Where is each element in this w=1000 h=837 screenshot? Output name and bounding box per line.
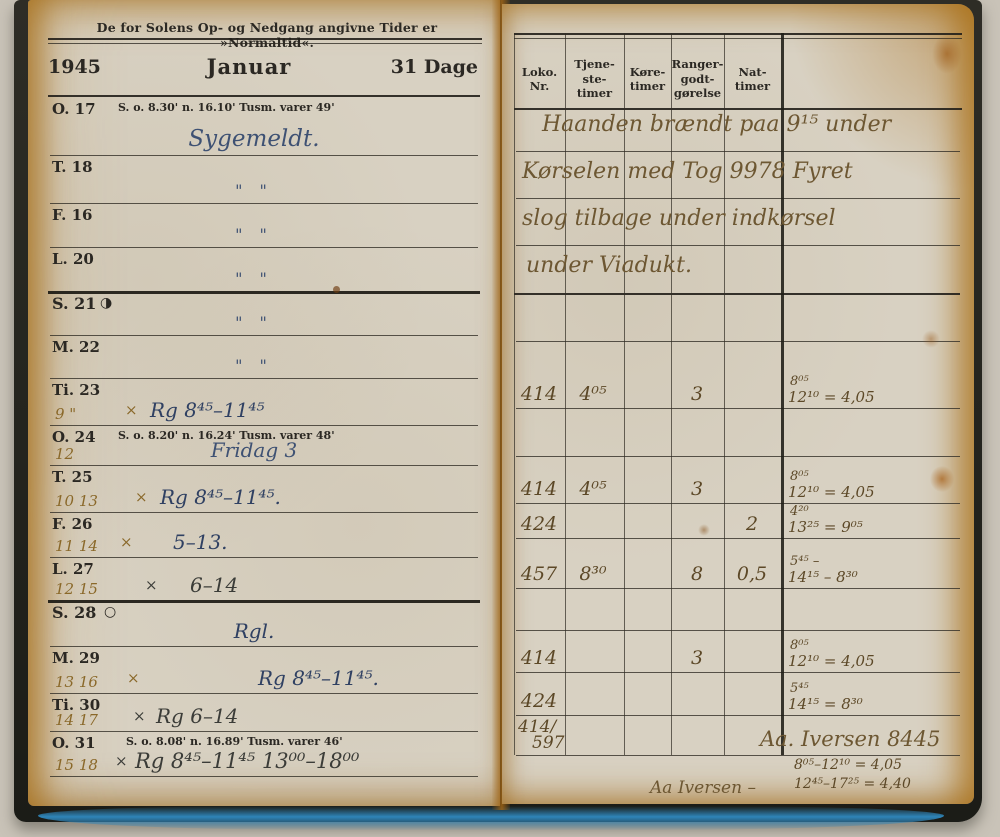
handwritten-entry: 5–13. <box>173 530 228 554</box>
stain-spot <box>930 466 954 492</box>
calendar-row: T. 18 " " <box>28 155 500 203</box>
rangergodtgorelse-cell: 8 <box>670 563 724 585</box>
tjenestetimer-cell: 4⁰⁵ <box>564 478 622 500</box>
ruled-line <box>516 755 960 756</box>
memo-start-time: 5⁴⁵ <box>790 682 964 695</box>
margin-numbers: 11 14 <box>55 537 98 555</box>
margin-numbers: 9 " <box>55 405 76 423</box>
loko-nr-cell: 457 <box>514 563 564 585</box>
day-label: O. 17 <box>52 100 96 118</box>
normaltid-note: De for Solens Op- og Nedgang angivne Tid… <box>48 20 486 50</box>
memo-cell: 5⁴⁵ –14¹⁵ – 8³⁰ <box>788 555 964 586</box>
footer-calculation-1: 8⁰⁵–12¹⁰ = 4,05 <box>794 757 902 773</box>
photo-background: De for Solens Op- og Nedgang angivne Tid… <box>0 0 1000 837</box>
column-header-nattimer: Nat- timer <box>724 48 781 110</box>
days-count-label: 31 Dage <box>391 56 478 78</box>
moon-phase-icon: ◑ <box>100 295 112 311</box>
cross-mark: × <box>133 707 146 725</box>
memo-cell: 8⁰⁵12¹⁰ = 4,05 <box>788 639 964 670</box>
cross-mark: × <box>120 533 133 551</box>
nattimer-cell: 2 <box>724 513 780 535</box>
day-label: O. 31 <box>52 734 96 752</box>
memo-start-time: 5⁴⁵ – <box>790 555 964 568</box>
handwritten-entry: Rg 8⁴⁵–11⁴⁵. <box>258 666 379 690</box>
calendar-row: F. 16 " " <box>28 203 500 247</box>
table-row: 414 3 8⁰⁵12¹⁰ = 4,05 <box>502 630 974 672</box>
left-page: De for Solens Op- og Nedgang angivne Tid… <box>28 0 500 806</box>
book-bottom-blue-edge <box>38 806 944 830</box>
calendar-row: O. 17 S. o. 8.30' n. 16.10' Tusm. varer … <box>28 97 500 155</box>
handwritten-entry: Rgl. <box>68 619 440 643</box>
tjenestetimer-cell: 4⁰⁵ <box>564 383 622 405</box>
day-label: T. 25 <box>52 468 93 486</box>
sun-times: S. o. 8.08' n. 16.89' Tusm. varer 46' <box>126 735 343 748</box>
memo-calculation: 14¹⁵ = 8³⁰ <box>788 695 964 713</box>
day-label: F. 16 <box>52 206 92 224</box>
memo-start-time: 8⁰⁵ <box>790 375 964 388</box>
calendar-row: F. 26 11 14 × 5–13. <box>28 512 500 557</box>
column-header-rangergodtgorelse: Ranger- godt- gørelse <box>671 48 724 110</box>
margin-numbers: 14 17 <box>55 711 98 729</box>
memo-calculation: 12¹⁰ = 4,05 <box>788 652 964 670</box>
cross-mark: × <box>135 488 148 506</box>
day-label: S. 21 <box>52 294 96 313</box>
rangergodtgorelse-cell: 3 <box>670 647 724 669</box>
ruled-line <box>514 38 962 39</box>
ditto-mark: " " <box>68 225 440 244</box>
calendar-row-sunday: S. 21 ◑ " " <box>28 291 500 335</box>
calendar-row: T. 25 10 13 × Rg 8⁴⁵–11⁴⁵. <box>28 465 500 512</box>
memo-cell: 5⁴⁵14¹⁵ = 8³⁰ <box>788 682 964 713</box>
memo-calculation: 13²⁵ = 9⁰⁵ <box>788 518 964 536</box>
margin-numbers: 13 16 <box>55 673 98 691</box>
calendar-row-sunday: S. 28 ○ Rgl. <box>28 600 500 646</box>
stain-spot <box>932 34 962 74</box>
ruled-line <box>516 408 960 409</box>
ruled-line <box>516 588 960 589</box>
margin-numbers: 15 18 <box>55 756 98 774</box>
margin-numbers: 12 15 <box>55 580 98 598</box>
calendar-row: Ti. 23 9 " × Rg 8⁴⁵–11⁴⁵ <box>28 378 500 425</box>
note-line: under Viadukt. <box>526 253 692 295</box>
handwritten-entry: Rg 8⁴⁵–11⁴⁵ <box>150 398 264 422</box>
memo-cell: 4²⁰13²⁵ = 9⁰⁵ <box>788 505 964 536</box>
day-label: Ti. 23 <box>52 381 100 399</box>
handwritten-entry: Rg 8⁴⁵–11⁴⁵. <box>160 485 281 509</box>
loko-nr-cell: 424 <box>514 513 564 535</box>
day-label: L. 27 <box>52 560 94 578</box>
memo-start-time: 4²⁰ <box>790 505 964 518</box>
moon-phase-icon: ○ <box>104 604 116 620</box>
signature-total: Aa. Iversen 8445 <box>760 727 941 751</box>
handwritten-entry: Fridag 3 <box>68 438 440 462</box>
calendar-row: O. 31 S. o. 8.08' n. 16.89' Tusm. varer … <box>28 731 500 776</box>
cross-mark: × <box>125 401 138 419</box>
rangergodtgorelse-cell: 3 <box>670 478 724 500</box>
ditto-mark: " " <box>68 313 440 332</box>
stain-spot <box>698 524 710 536</box>
footer-calculation-2: 12⁴⁵–17²⁵ = 4,40 <box>794 776 911 792</box>
table-row: 414 4⁰⁵ 3 8⁰⁵12¹⁰ = 4,05 <box>502 456 974 503</box>
calendar-row: M. 29 13 16 × Rg 8⁴⁵–11⁴⁵. <box>28 646 500 693</box>
cross-mark: × <box>127 669 140 687</box>
day-label: T. 18 <box>52 158 93 176</box>
handwritten-entry: Rg 6–14 <box>156 704 238 728</box>
note-line: Kørselen med Tog 9978 Fyret <box>522 159 853 201</box>
day-label: F. 26 <box>52 515 92 533</box>
handwritten-entry: Rg 8⁴⁵–11⁴⁵ 13⁰⁰–18⁰⁰ <box>135 749 359 773</box>
stain-spot <box>333 286 340 293</box>
ruled-line <box>50 776 478 777</box>
loko-nr-cell: 414 <box>514 478 564 500</box>
handwritten-entry: Sygemeldt. <box>68 126 440 152</box>
loko-nr-cell: 414 <box>514 647 564 669</box>
memo-calculation: 12¹⁰ = 4,05 <box>788 388 964 406</box>
handwritten-entry: 6–14 <box>190 573 238 597</box>
memo-start-time: 8⁰⁵ <box>790 639 964 652</box>
ditto-mark: " " <box>68 269 440 288</box>
note-line: Haanden brændt paa 9¹⁵ under <box>542 112 891 154</box>
day-label: M. 29 <box>52 649 100 667</box>
ditto-mark: " " <box>68 356 440 375</box>
table-row: 414/ 597 Aa. Iversen 8445 <box>502 715 974 755</box>
rangergodtgorelse-cell: 3 <box>670 383 724 405</box>
calendar-row: Ti. 30 14 17 × Rg 6–14 <box>28 693 500 731</box>
loko-nr-fraction-bottom: 597 <box>532 733 564 753</box>
note-line: slog tilbage under indkørsel <box>522 206 836 248</box>
day-label: L. 20 <box>52 250 94 268</box>
ruled-line <box>48 38 482 40</box>
calendar-row: L. 20 " " <box>28 247 500 291</box>
cross-mark: × <box>115 752 128 770</box>
calendar-row: O. 24 S. o. 8.20' n. 16.24' Tusm. varer … <box>28 425 500 465</box>
table-row: 414 4⁰⁵ 3 8⁰⁵12¹⁰ = 4,05 <box>502 341 974 408</box>
right-page: Loko. Nr. Tjene- ste- timer Køre- timer … <box>502 4 974 804</box>
margin-numbers: 10 13 <box>55 492 98 510</box>
stain-spot <box>922 330 940 348</box>
table-row: 424 5⁴⁵14¹⁵ = 8³⁰ <box>502 672 974 715</box>
calendar-row: M. 22 " " <box>28 335 500 378</box>
column-header-koretimer: Køre- timer <box>624 48 671 110</box>
ruled-line <box>514 33 962 35</box>
table-row: 424 2 4²⁰13²⁵ = 9⁰⁵ <box>502 503 974 538</box>
column-header-loko-nr: Loko. Nr. <box>514 48 565 110</box>
nattimer-cell: 0,5 <box>724 563 780 585</box>
ditto-mark: " " <box>68 181 440 200</box>
table-row: 457 8³⁰ 8 0,5 5⁴⁵ –14¹⁵ – 8³⁰ <box>502 538 974 588</box>
memo-cell: 8⁰⁵12¹⁰ = 4,05 <box>788 375 964 406</box>
loko-nr-cell: 424 <box>514 690 564 712</box>
tjenestetimer-cell: 8³⁰ <box>564 563 622 585</box>
loko-nr-cell: 414 <box>514 383 564 405</box>
cross-mark: × <box>145 576 158 594</box>
footer-signature: Aa Iversen – <box>650 778 756 798</box>
memo-calculation: 14¹⁵ – 8³⁰ <box>788 568 964 586</box>
day-label: M. 22 <box>52 338 100 356</box>
column-header-tjenestetimer: Tjene- ste- timer <box>565 48 624 110</box>
sun-times: S. o. 8.30' n. 16.10' Tusm. varer 49' <box>118 101 335 114</box>
calendar-row: L. 27 12 15 × 6–14 <box>28 557 500 600</box>
ruled-line <box>48 43 482 44</box>
